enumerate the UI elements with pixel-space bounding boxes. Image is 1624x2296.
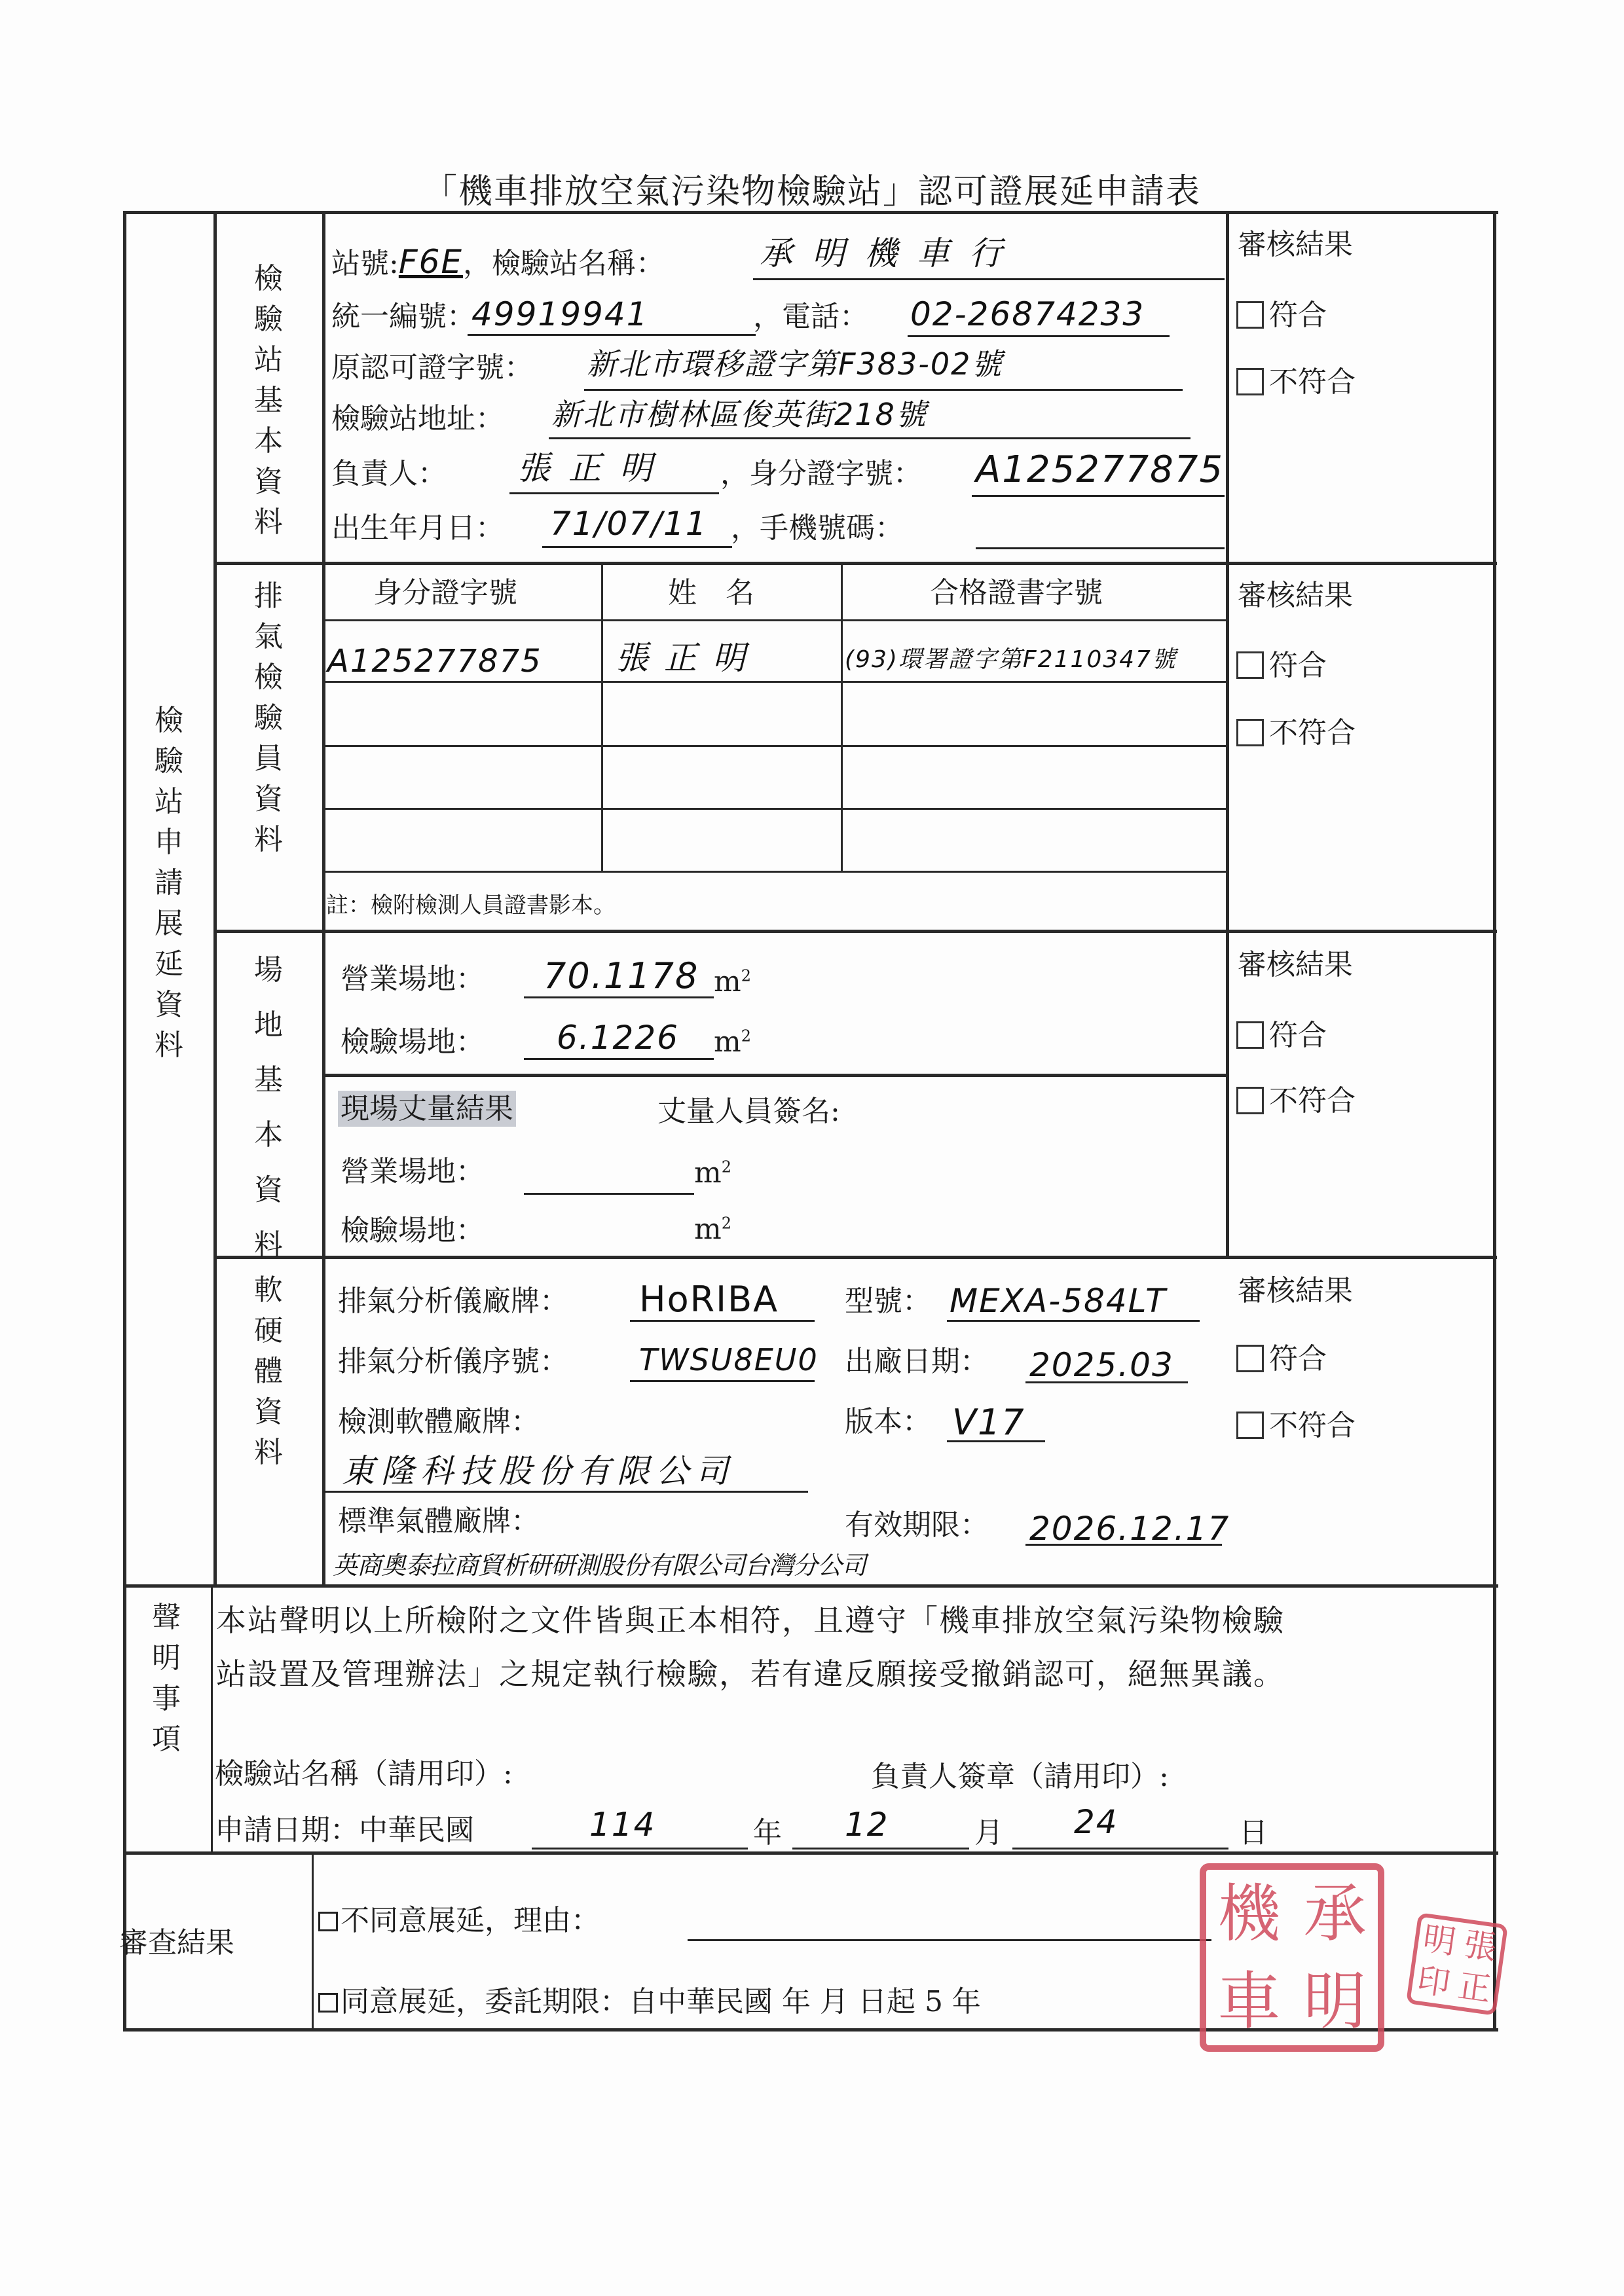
owner-value[interactable]: 張正明 [517,452,671,484]
review-heading: 審核結果 [1238,581,1353,610]
form-title: 「機車排放空氣污染物檢驗站」認可證展延申請表 [0,164,1624,213]
review-heading: 審核結果 [1238,1277,1353,1305]
apply-day[interactable]: 24 [1074,1806,1118,1838]
checkbox[interactable] [1236,1412,1264,1439]
analyzer-brand-label: 排氣分析儀廠牌： [338,1287,568,1316]
business-area-label: 營業場地： [341,965,485,994]
col-header-cert: 合格證書字號 [930,579,1103,608]
review-heading: 審核結果 [1238,951,1353,979]
expiry-value[interactable]: 2026.12.17 [1029,1512,1230,1545]
review-fail-option[interactable]: 不符合 [1236,1087,1356,1116]
tax-id-label: 統一編號： [331,302,475,331]
software-brand-label: 檢測軟體廠牌： [338,1408,540,1436]
phone-value[interactable]: 02-26874233 [910,298,1145,331]
mobile-label: ，手機號碼： [731,514,904,543]
address-label: 檢驗站地址： [331,405,504,433]
checkbox[interactable] [1236,1087,1264,1114]
cell-id[interactable]: A125277875 [327,646,542,677]
review-pass-option[interactable]: 符合 [1236,1021,1327,1050]
gas-brand-value[interactable]: 英商奧泰拉商貿析研研測股份有限公司台灣分公司 [333,1553,866,1578]
birth-label: 出生年月日： [331,514,504,543]
expiry-label: 有效期限： [845,1511,989,1540]
station-seal-stamp: 機承 車明 [1200,1863,1384,2052]
station-no-label: 站號: [331,247,399,280]
review-pass-option[interactable]: 符合 [1236,1345,1327,1374]
review-fail-option[interactable]: 不符合 [1236,368,1356,397]
station-name-label: ，檢驗站名稱： [463,247,665,280]
checkbox[interactable] [1236,1021,1264,1049]
declaration-line-1: 本站聲明以上所檢附之文件皆與正本相符，且遵守「機車排放空氣污染物檢驗 [216,1605,1285,1635]
year-unit: 年 [753,1819,782,1848]
side-label: 檢驗站申請展延資料 [149,701,189,1066]
section-label: 審查結果 [119,1929,234,1958]
checkbox[interactable] [1236,651,1264,679]
checkbox[interactable] [1236,301,1264,329]
orig-cert-value[interactable]: 新北市環移證字第F383-02號 [587,349,1003,379]
review-fail-option[interactable]: 不符合 [1236,719,1356,748]
business-area-value[interactable]: 70.1178 [544,958,699,994]
tax-id-value[interactable]: 49919941 [471,298,649,331]
review-fail-option[interactable]: 不符合 [1236,1412,1356,1440]
onsite-business-label: 營業場地： [341,1157,485,1186]
version-label: 版本： [845,1408,931,1436]
apply-month[interactable]: 12 [845,1808,889,1841]
section-label: 軟硬體資料 [249,1270,288,1473]
owner-seal-stamp: 明張 印正 [1406,1912,1508,2016]
owner-id-value[interactable]: A125277875 [976,452,1224,488]
owner-label: 負責人： [331,460,447,488]
station-name-value[interactable]: 承明機車行 [760,237,1022,270]
approve-option[interactable]: 同意展延，委託期限：自中華民國 年 月 日起 5 年 [318,1988,981,2016]
version-value[interactable]: V17 [952,1405,1025,1440]
checkbox[interactable] [1236,719,1264,746]
orig-cert-label: 原認可證字號： [331,354,533,382]
serial-value[interactable]: TWSU8EU0 [639,1345,819,1375]
checkbox[interactable] [1236,1345,1264,1372]
review-pass-option[interactable]: 符合 [1236,651,1327,680]
inspection-area-label: 檢驗場地： [341,1028,485,1057]
surveyor-label: 丈量人員簽名: [657,1097,840,1126]
review-heading: 審核結果 [1238,230,1353,259]
model-value[interactable]: MEXA-584LT [950,1285,1167,1317]
software-brand-value[interactable]: 東隆科技股份有限公司 [342,1455,735,1487]
day-unit: 日 [1239,1819,1268,1848]
section-label: 檢驗站基本資料 [249,259,288,543]
month-unit: 月 [974,1819,1003,1848]
station-seal-label: 檢驗站名稱（請用印）: [215,1760,513,1789]
cell-cert[interactable]: (93)環署證字第F2110347號 [845,648,1177,672]
owner-seal-label: 負責人簽章（請用印）: [871,1762,1169,1791]
mfg-date-label: 出廠日期： [845,1347,989,1376]
inspectors-note: 註：檢附檢測人員證書影本。 [326,894,616,917]
declaration-line-2: 站設置及管理辦法」之規定執行檢驗，若有違反願接受撤銷認可，絕無異議。 [216,1659,1285,1689]
apply-date-label: 申請日期：中華民國 [215,1816,474,1845]
serial-label: 排氣分析儀序號： [338,1347,568,1376]
col-header-id: 身分證字號 [373,579,517,608]
birth-value[interactable]: 71/07/11 [550,507,708,540]
inspection-area-value[interactable]: 6.1226 [557,1021,679,1054]
section-label: 排氣檢驗員資料 [249,576,288,860]
col-header-name: 姓 名 [668,579,754,608]
gas-brand-label: 標準氣體廠牌： [338,1507,540,1536]
model-label: 型號： [845,1287,931,1316]
review-pass-option[interactable]: 符合 [1236,301,1327,330]
reject-option[interactable]: 不同意展延，理由： [318,1906,600,1935]
section-label: 聲明事項 [147,1597,186,1760]
onsite-title: 現場丈量結果 [338,1095,516,1123]
apply-year[interactable]: 114 [589,1808,655,1841]
checkbox[interactable] [318,1912,338,1931]
analyzer-brand-value[interactable]: HoRIBA [639,1282,779,1317]
onsite-inspection-label: 檢驗場地： [341,1216,485,1245]
owner-id-label: ，身分證字號： [720,460,922,488]
phone-label: ，電話： [753,302,868,331]
cell-name[interactable]: 張正明 [616,642,761,674]
mfg-date-value[interactable]: 2025.03 [1029,1349,1174,1381]
checkbox[interactable] [1236,368,1264,395]
address-value[interactable]: 新北市樹林區俊英街218號 [551,399,927,429]
section-label: 場地基本資料 [249,943,288,1273]
checkbox[interactable] [318,1993,338,2013]
station-no-value[interactable]: F6E [399,243,463,281]
